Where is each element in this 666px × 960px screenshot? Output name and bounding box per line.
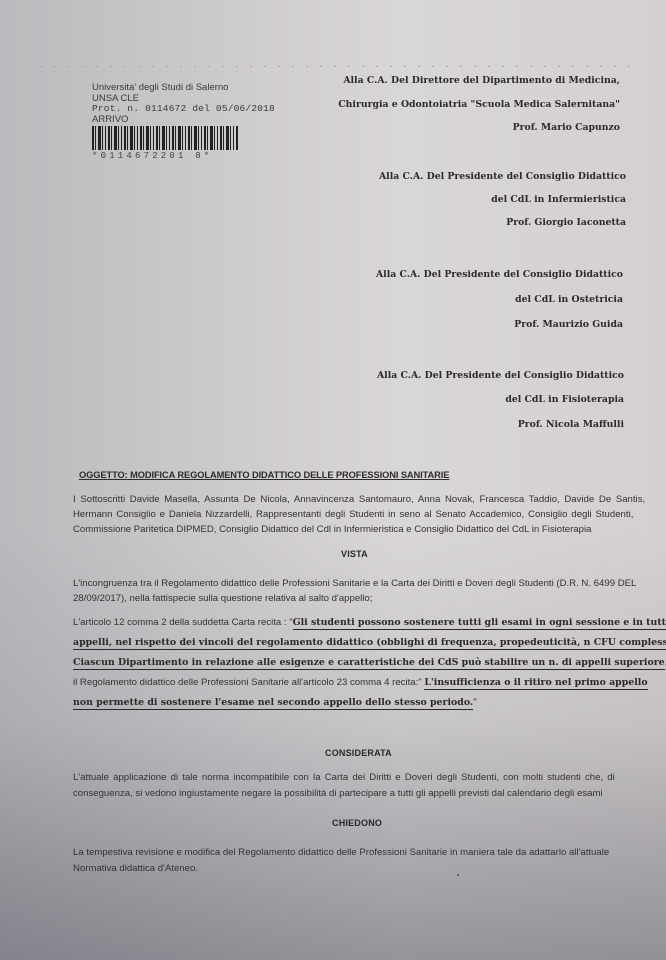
quoted-text: Gli studenti possono sostenere tutti gli…: [293, 617, 666, 630]
vista-paragraph-2: L'articolo 12 comma 2 della suddetta Car…: [73, 617, 635, 717]
addressee-line: Alla C.A. Del Presidente del Consiglio D…: [376, 269, 623, 280]
addressee-line: Alla C.A. Del Presidente del Consiglio D…: [377, 370, 624, 381]
addressee-name: Prof. Nicola Maffulli: [518, 419, 624, 430]
article-line-3: Ciascun Dipartimento in relazione alle e…: [73, 657, 635, 677]
article-lead-2: il Regolamento didattico delle Professio…: [73, 677, 424, 688]
addressee-line: del CdL in Fisioterapia: [505, 394, 624, 405]
chiedono-line: Normativa didattica d'Ateneo.: [73, 861, 635, 877]
chiedono-paragraph: La tempestiva revisione e modifica del R…: [73, 845, 635, 877]
article-line-2: appelli, nel rispetto dei vincoli del re…: [73, 637, 635, 657]
quoted-text: Ciascun Dipartimento in relazione alle e…: [73, 657, 665, 670]
intro-line: Hermann Consiglio e Daniela Nizzardelli,…: [73, 507, 635, 522]
addressee-line: Chirurgia e Odontoiatria "Scuola Medica …: [338, 99, 620, 110]
stamp-institution: Universita' degli Studi di Salerno: [92, 83, 275, 94]
intro-line: I Sottoscritti Davide Masella, Assunta D…: [73, 492, 635, 507]
scan-noise: [40, 66, 640, 67]
considerata-paragraph: L'attuale applicazione di tale norma inc…: [73, 770, 635, 802]
chiedono-line: La tempestiva revisione e modifica del R…: [73, 845, 635, 861]
article-line-4: il Regolamento didattico delle Professio…: [73, 677, 635, 697]
addressee-name: Prof. Maurizio Guida: [514, 319, 623, 330]
addressee-line: Alla C.A. Del Direttore del Dipartimento…: [343, 75, 620, 86]
addressee-name: Prof. Mario Capunzo: [513, 122, 620, 133]
vista-paragraph-1: L'incongruenza tra il Regolamento didatt…: [73, 576, 635, 606]
article-lead: L'articolo 12 comma 2 della suddetta Car…: [73, 617, 293, 628]
barcode: [92, 126, 238, 150]
addressee-line: Alla C.A. Del Presidente del Consiglio D…: [379, 171, 626, 182]
subject-line: OGGETTO: MODIFICA REGOLAMENTO DIDATTICO …: [79, 470, 449, 480]
quoted-text: appelli, nel rispetto dei vincoli del re…: [73, 637, 666, 650]
quoted-text: non permette di sostenere l'esame nel se…: [73, 697, 473, 710]
addressee-line: del CdL in Infermieristica: [491, 194, 626, 205]
heading-considerata: CONSIDERATA: [325, 748, 392, 758]
vista-line: L'incongruenza tra il Regolamento didatt…: [73, 576, 635, 591]
article-line-1: L'articolo 12 comma 2 della suddetta Car…: [73, 617, 635, 637]
article-tail: ": [473, 697, 476, 708]
considerata-line: L'attuale applicazione di tale norma inc…: [73, 770, 635, 786]
ink-dot: [457, 874, 459, 876]
heading-vista: VISTA: [341, 549, 368, 559]
addressee-line: del CdL in Ostetricia: [515, 294, 623, 305]
stamp-direction: ARRIVO: [92, 115, 275, 126]
intro-paragraph: I Sottoscritti Davide Masella, Assunta D…: [73, 492, 635, 537]
barcode-number: *0114672201 8*: [92, 151, 242, 161]
heading-chiedono: CHIEDONO: [332, 818, 382, 828]
stamp-protocol: Prot. n. 0114672 del 05/06/2018: [92, 104, 275, 115]
article-line-5: non permette di sostenere l'esame nel se…: [73, 697, 635, 717]
addressee-name: Prof. Giorgio Iaconetta: [506, 217, 626, 228]
protocol-stamp: Universita' degli Studi di Salerno UNSA …: [92, 83, 275, 125]
intro-line: Commissione Paritetica DIPMED, Consiglio…: [73, 522, 635, 537]
quoted-text: L'insufficienza o il ritiro nel primo ap…: [424, 677, 647, 690]
vista-line: 28/09/2017), nella fattispecie sulla que…: [73, 591, 635, 606]
considerata-line: conseguenza, si vedono ingiustamente neg…: [73, 786, 635, 802]
